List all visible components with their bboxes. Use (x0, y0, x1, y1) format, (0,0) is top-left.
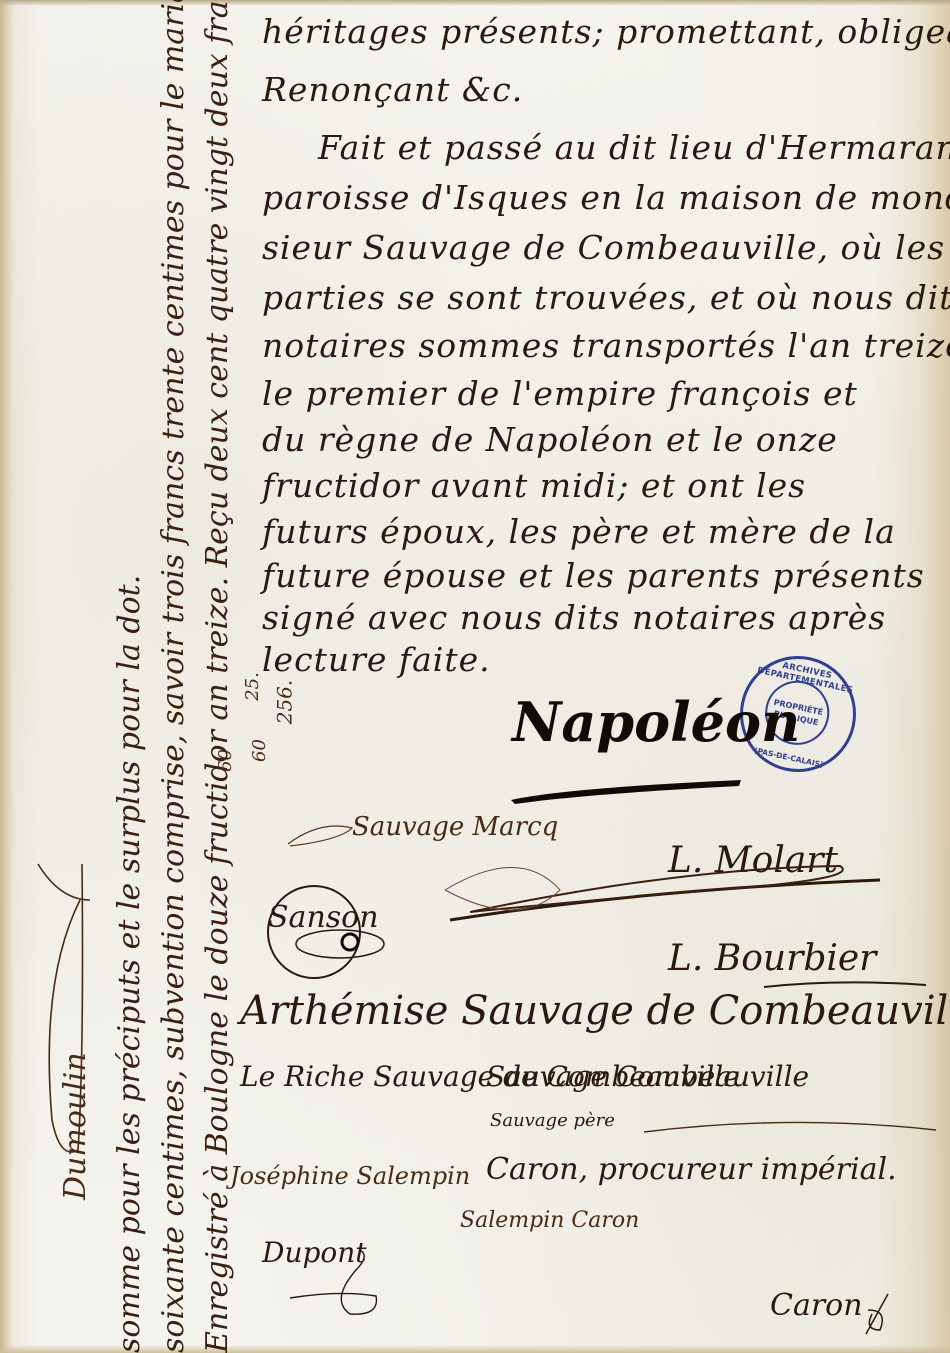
body-line: Renonçant &c. (262, 70, 523, 109)
caron-paraph (858, 1290, 898, 1340)
signature: Arthémise Sauvage de Combeauville (240, 988, 950, 1034)
figure-amount: 60 (249, 739, 270, 762)
signature: L. Bourbier (668, 938, 876, 979)
figure-amount: 60 (215, 749, 236, 772)
margin-line: Enregistré à Boulogne le douze fructidor… (200, 0, 235, 1353)
molart-flourish (440, 850, 900, 930)
signature: Salempin Caron (460, 1208, 639, 1233)
body-line: fructidor avant midi; et ont les (262, 466, 806, 505)
margin-signature-flourish (20, 860, 120, 1180)
figure-amount: 25. (242, 672, 263, 701)
body-line: du règne de Napoléon et le onze (262, 420, 838, 459)
figure-amount: 256. (272, 680, 296, 725)
body-line: héritages présents; promettant, obligean… (262, 12, 950, 51)
signature: Sauvage père (490, 1110, 615, 1131)
signature: Joséphine Salempin (230, 1162, 470, 1190)
dupont-flourish (280, 1240, 390, 1320)
signature: Caron (770, 1288, 863, 1323)
body-line: futurs époux, les père et mère de la (262, 512, 896, 551)
margin-line: soixante centimes, subvention comprise, … (156, 0, 191, 1353)
signature-napoleon: Napoléon (512, 690, 800, 754)
body-line: future épouse et les parents présents (262, 556, 925, 595)
napoleon-underline-flourish (505, 770, 745, 810)
body-line: parties se sont trouvées, et où nous dit… (262, 278, 950, 317)
sanson-circle-flourish (250, 880, 390, 990)
body-line: sieur Sauvage de Combeauville, où les (262, 228, 945, 267)
body-line: paroisse d'Isques en la maison de mondit (262, 178, 950, 217)
body-line: notaires sommes transportés l'an treize (262, 326, 950, 365)
signature: Sauvage Marcq (352, 812, 558, 842)
body-line: signé avec nous dits notaires après (262, 598, 886, 637)
margin-registration-note: Enregistré à Boulogne le douze fructidor… (100, 0, 240, 1353)
body-line: le premier de l'empire françois et (262, 374, 858, 413)
signature: Sauvage Combeauville (486, 1060, 809, 1093)
body-line: lecture faite. (262, 640, 491, 679)
sauvage-underline (640, 1110, 940, 1140)
manuscript-page: héritages présents; promettant, obligean… (0, 0, 950, 1353)
signature-flourish (280, 810, 360, 850)
signature: Caron, procureur impérial. (486, 1152, 897, 1187)
body-line: Fait et passé au dit lieu d'Hermaranges (318, 128, 950, 167)
